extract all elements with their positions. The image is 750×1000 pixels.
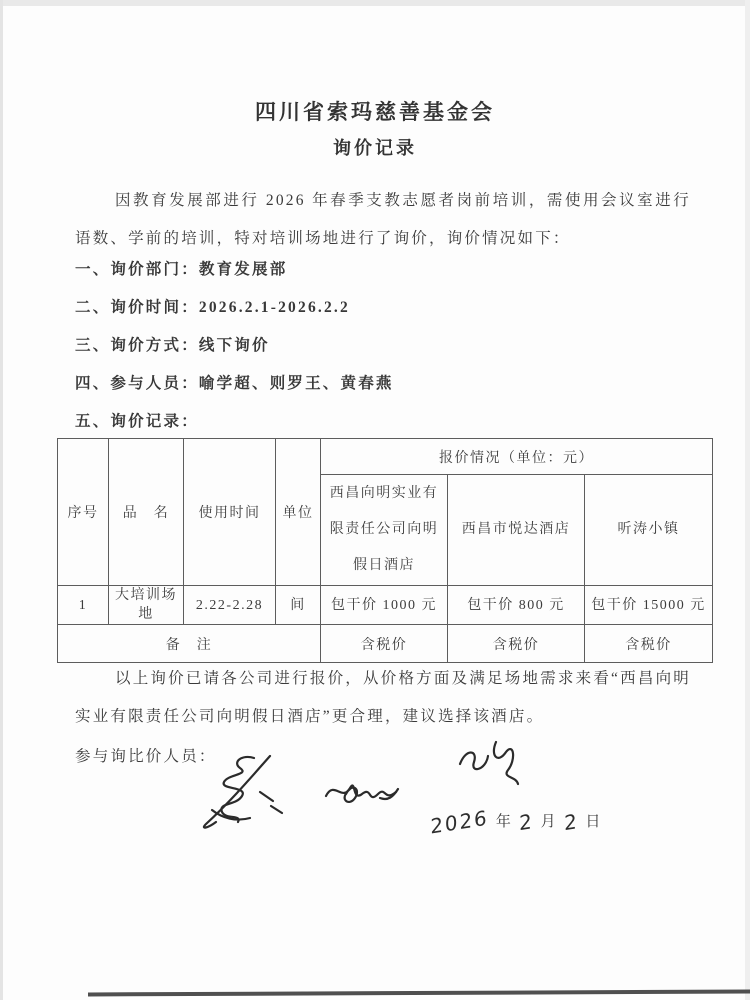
vendor-name-yueda-hotel: 西昌市悦达酒店 (448, 475, 585, 586)
handwritten-year: 2026 (430, 805, 489, 838)
cell-index: 1 (58, 586, 109, 625)
cell-quote-xiangming: 包干价 1000 元 (321, 586, 448, 625)
note-label: 备 注 (58, 625, 321, 663)
note-yueda: 含税价 (448, 625, 585, 663)
note-tingtao: 含税价 (585, 625, 713, 663)
col-header-time: 使用时间 (184, 439, 276, 586)
list-item-record: 五、询价记录： (75, 403, 394, 441)
note-row: 备 注 含税价 含税价 含税价 (58, 625, 713, 663)
col-header-unit: 单位 (276, 439, 321, 586)
cell-use-time: 2.22-2.28 (184, 586, 276, 625)
document-title: 四川省索玛慈善基金会 (0, 96, 750, 126)
intro-paragraph: 因教育发展部进行 2026 年春季支教志愿者岗前培训，需使用会议室进行语数、学前… (75, 182, 691, 258)
vendor-name-tingtao-town: 听涛小镇 (585, 475, 713, 586)
vendor-name-xiangming-hotel: 西昌向明实业有限责任公司向明假日酒店 (321, 475, 448, 586)
handwritten-day: 2 (564, 809, 579, 836)
month-unit-label: 月 (541, 810, 558, 831)
year-unit-label: 年 (496, 810, 513, 831)
list-item-method: 三、询价方式：线下询价 (75, 327, 394, 365)
table-row: 1 大培训场地 2.22-2.28 间 包干价 1000 元 包干价 800 元… (58, 586, 713, 625)
note-xiangming: 含税价 (321, 625, 448, 663)
list-item-department: 一、询价部门：教育发展部 (75, 251, 394, 289)
list-item-participants: 四、参与人员：喻学超、则罗王、黄春燕 (75, 365, 394, 403)
scan-page-bottom-edge (88, 990, 750, 997)
cell-item-name: 大培训场地 (109, 586, 184, 625)
col-header-index: 序号 (58, 439, 109, 586)
date-line: 2026 年 2 月 2 日 (428, 810, 606, 834)
quote-section-header: 报价情况（单位：元） (321, 439, 713, 475)
inquiry-info-list: 一、询价部门：教育发展部 二、询价时间：2026.2.1-2026.2.2 三、… (75, 251, 394, 441)
signature-1 (192, 752, 284, 832)
signature-2 (322, 768, 404, 814)
handwritten-month: 2 (519, 809, 534, 836)
cell-quote-tingtao: 包干价 15000 元 (585, 586, 713, 625)
cell-unit: 间 (276, 586, 321, 625)
document-subtitle: 询价记录 (0, 134, 750, 160)
list-item-time: 二、询价时间：2026.2.1-2026.2.2 (75, 289, 394, 327)
conclusion-paragraph: 以上询价已请各公司进行报价，从价格方面及满足场地需求来看“西昌向明实业有限责任公… (75, 660, 691, 736)
col-header-name: 品 名 (109, 439, 184, 586)
cell-quote-yueda: 包干价 800 元 (448, 586, 585, 625)
day-unit-label: 日 (585, 810, 602, 831)
signature-3 (452, 738, 524, 790)
quote-table: 序号 品 名 使用时间 单位 报价情况（单位：元） 西昌向明实业有限责任公司向明… (57, 438, 713, 663)
scan-edge-top (0, 0, 750, 6)
